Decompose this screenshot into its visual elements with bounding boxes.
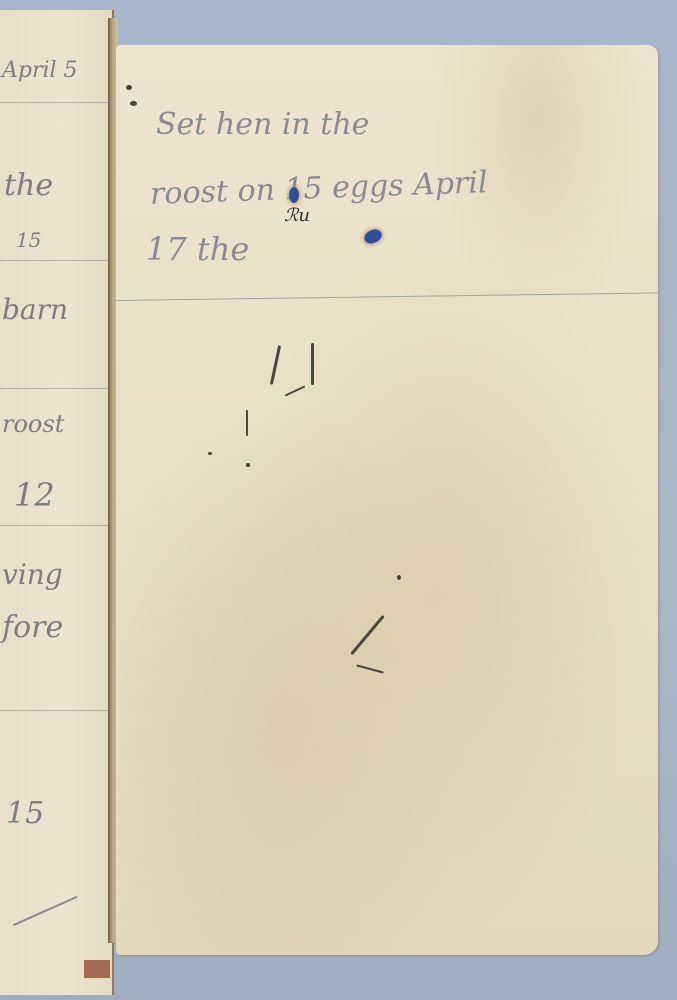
pencil-mark [311,343,314,385]
dirt-speck [246,463,250,467]
dirt-speck [397,575,401,580]
spine-corner [84,960,110,978]
main-page: Set hen in the roost on 15 eggs April 17… [116,45,658,955]
left-note-15b: 15 [6,796,44,831]
ink-blot [362,227,384,246]
left-pencil-stroke [13,896,78,926]
pencil-mark [246,410,248,436]
left-note-barn: barn [2,293,68,326]
left-note-12: 12 [14,476,55,514]
left-note-april: April 5 [2,58,78,83]
pencil-mark [350,615,384,655]
left-note-ving: ving [2,558,63,591]
note-line-2: roost on 15 eggs April [149,165,488,212]
left-rule [0,388,110,389]
left-rule [0,525,110,526]
page-rule [116,292,658,301]
dirt-speck [130,101,137,106]
left-note-15a: 15 [16,228,41,252]
dirt-speck [208,452,212,455]
left-page: April 5 the 15 barn roost 12 ving fore 1… [0,10,114,995]
dirt-speck [126,85,132,90]
ink-blot [289,187,299,203]
left-note-fore: fore [2,610,63,645]
ink-scribble: ℛu [284,205,310,226]
left-rule [0,260,110,261]
note-line-3: 17 the [146,230,249,268]
note-line-1: Set hen in the [156,107,369,142]
left-rule [0,710,110,711]
left-rule [0,102,110,103]
left-note-the: the [4,168,53,203]
pencil-mark [285,385,306,396]
pencil-mark [270,345,281,385]
left-note-roost: roost [2,410,64,438]
pencil-mark [356,664,384,673]
